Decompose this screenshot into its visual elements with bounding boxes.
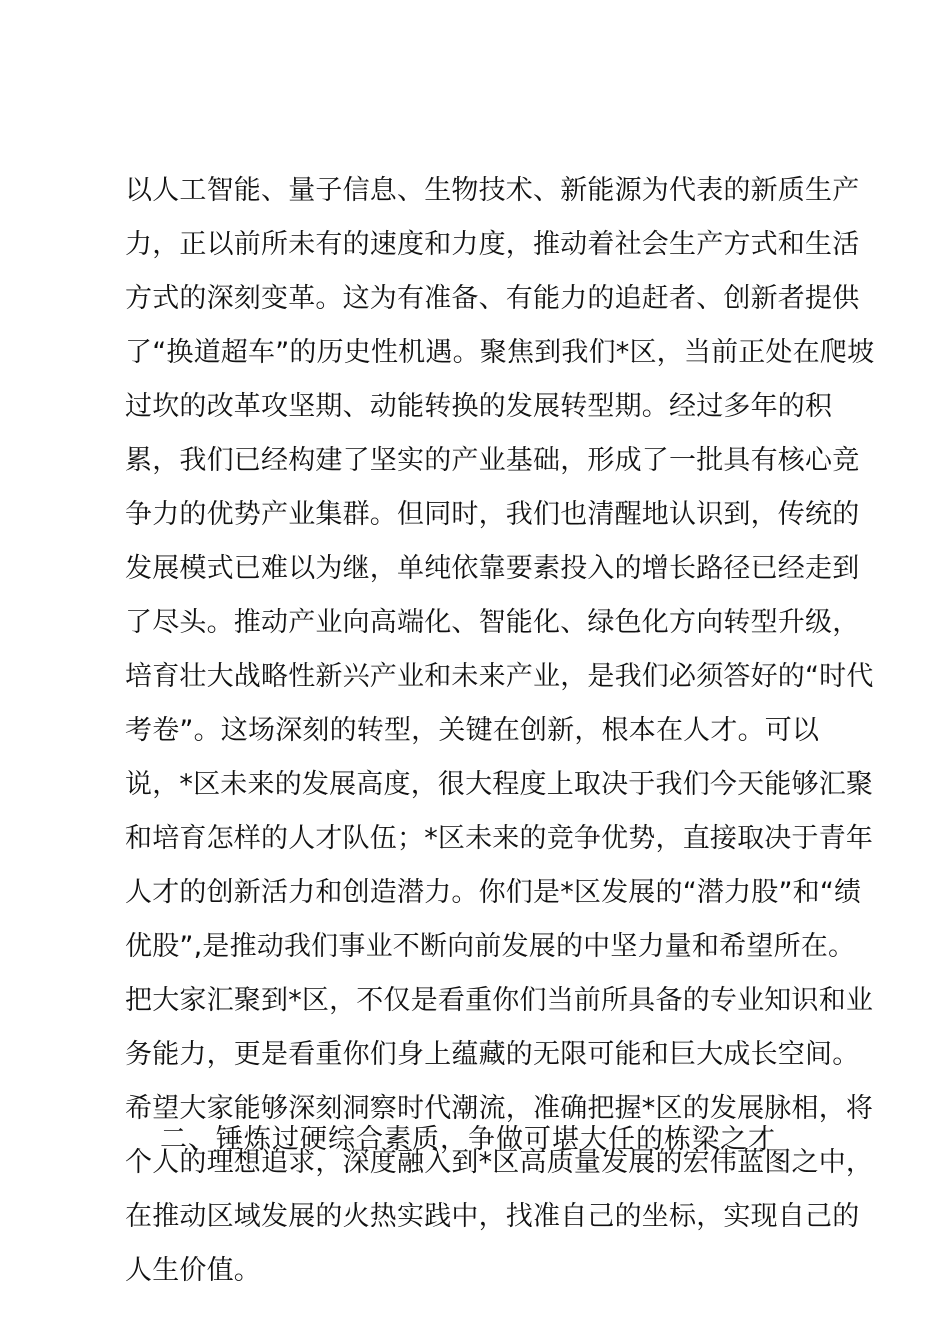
paragraph-line: 在推动区域发展的火热实践中，找准自己的坐标，实现自己的	[125, 1190, 845, 1244]
paragraph-line: 人才的创新活力和创造潜力。你们是*区发展的“潜力股”和“绩	[125, 866, 845, 920]
paragraph-line: 力，正以前所未有的速度和力度，推动着社会生产方式和生活	[125, 218, 845, 272]
paragraph-line: 争力的优势产业集群。但同时，我们也清醒地认识到，传统的	[125, 488, 845, 542]
paragraph-line: 培育壮大战略性新兴产业和未来产业，是我们必须答好的“时代	[125, 650, 845, 704]
paragraph-line: 了尽头。推动产业向高端化、智能化、绿色化方向转型升级，	[125, 596, 845, 650]
paragraph-line: 和培育怎样的人才队伍；*区未来的竞争优势，直接取决于青年	[125, 812, 845, 866]
paragraph-line: 以人工智能、量子信息、生物技术、新能源为代表的新质生产	[125, 164, 845, 218]
section-heading: 二、锤炼过硬综合素质，争做可堪大任的栋梁之才	[160, 1113, 776, 1167]
paragraph-line: 把大家汇聚到*区，不仅是看重你们当前所具备的专业知识和业	[125, 974, 845, 1028]
paragraph-line: 说，*区未来的发展高度，很大程度上取决于我们今天能够汇聚	[125, 758, 845, 812]
paragraph-line: 方式的深刻变革。这为有准备、有能力的追赶者、创新者提供	[125, 272, 845, 326]
paragraph-line: 务能力，更是看重你们身上蕴藏的无限可能和巨大成长空间。	[125, 1028, 845, 1082]
paragraph-line: 累，我们已经构建了坚实的产业基础，形成了一批具有核心竞	[125, 434, 845, 488]
document-page: 以人工智能、量子信息、生物技术、新能源为代表的新质生产 力，正以前所未有的速度和…	[0, 0, 950, 1344]
paragraph-line: 考卷”。这场深刻的转型，关键在创新，根本在人才。可以	[125, 704, 845, 758]
paragraph-line: 优股”,是推动我们事业不断向前发展的中坚力量和希望所在。	[125, 920, 845, 974]
paragraph-line: 发展模式已难以为继，单纯依靠要素投入的增长路径已经走到	[125, 542, 845, 596]
paragraph-line: 了“换道超车”的历史性机遇。聚焦到我们*区，当前正处在爬坡	[125, 326, 845, 380]
paragraph-line: 过坎的改革攻坚期、动能转换的发展转型期。经过多年的积	[125, 380, 845, 434]
paragraph-line: 人生价值。	[125, 1244, 845, 1298]
